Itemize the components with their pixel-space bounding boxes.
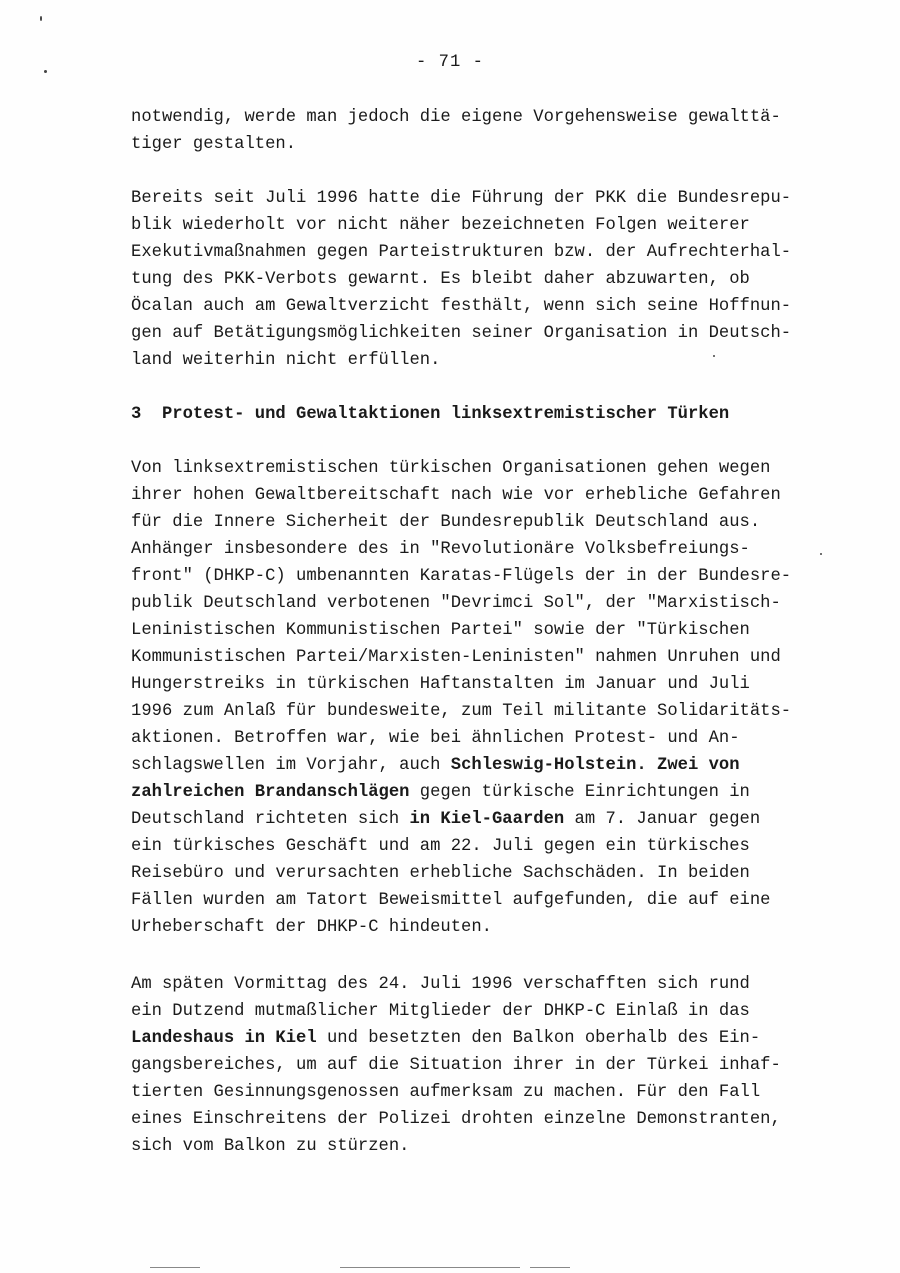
bold-text: Schleswig-Holstein. Zwei von [451, 756, 740, 775]
text-segment: tung des PKK-Verbots gewarnt. Es bleibt … [131, 270, 750, 289]
text-line: Von linksextremistischen türkischen Orga… [131, 459, 770, 478]
text-segment: ein Dutzend mutmaßlicher Mitglieder der … [131, 1002, 750, 1021]
page-number: - 71 - [0, 53, 900, 72]
text-segment: land weiterhin nicht erfüllen. [131, 351, 440, 370]
text-line: Deutschland richteten sich in Kiel-Gaard… [131, 810, 760, 829]
text-line: ihrer hohen Gewaltbereitschaft nach wie … [131, 486, 781, 505]
scan-edge-line [340, 1267, 520, 1268]
text-segment: schlagswellen im Vorjahr, auch [131, 756, 451, 775]
document-page: - 71 - notwendig, werde man jedoch die e… [0, 0, 900, 1273]
text-line: Öcalan auch am Gewaltverzicht festhält, … [131, 297, 791, 316]
scan-edge-line [150, 1267, 200, 1268]
text-line: blik wiederholt vor nicht näher bezeichn… [131, 216, 750, 235]
text-segment: Hungerstreiks in türkischen Haftanstalte… [131, 675, 750, 694]
text-segment: Reisebüro und verursachten erhebliche Sa… [131, 864, 750, 883]
text-segment: Kommunistischen Partei/Marxisten-Leninis… [131, 648, 781, 667]
text-segment: Fällen wurden am Tatort Beweismittel auf… [131, 891, 770, 910]
text-segment: front" (DHKP-C) umbenannten Karatas-Flüg… [131, 567, 791, 586]
scan-speck [44, 70, 47, 73]
text-segment: notwendig, werde man jedoch die eigene V… [131, 108, 781, 127]
text-line: aktionen. Betroffen war, wie bei ähnlich… [131, 729, 740, 748]
text-line: Landeshaus in Kiel und besetzten den Bal… [131, 1029, 760, 1048]
text-segment: für die Innere Sicherheit der Bundesrepu… [131, 513, 760, 532]
text-segment: eines Einschreitens der Polizei drohten … [131, 1110, 781, 1129]
text-segment: gegen türkische Einrichtungen in [409, 783, 749, 802]
text-line: gangsbereiches, um auf die Situation ihr… [131, 1056, 781, 1075]
text-segment: Anhänger insbesondere des in "Revolution… [131, 540, 750, 559]
bold-text: zahlreichen Brandanschlägen [131, 783, 409, 802]
text-line: land weiterhin nicht erfüllen. [131, 351, 440, 370]
text-line: Reisebüro und verursachten erhebliche Sa… [131, 864, 750, 883]
text-line: 1996 zum Anlaß für bundesweite, zum Teil… [131, 702, 791, 721]
text-segment: blik wiederholt vor nicht näher bezeichn… [131, 216, 750, 235]
text-segment: publik Deutschland verbotenen "Devrimci … [131, 594, 781, 613]
text-segment: tiger gestalten. [131, 135, 296, 154]
text-segment: ein türkisches Geschäft und am 22. Juli … [131, 837, 750, 856]
text-segment: sich vom Balkon zu stürzen. [131, 1137, 409, 1156]
text-segment: Öcalan auch am Gewaltverzicht festhält, … [131, 297, 791, 316]
text-line: Leninistischen Kommunistischen Partei" s… [131, 621, 750, 640]
text-segment: gangsbereiches, um auf die Situation ihr… [131, 1056, 781, 1075]
text-line: Fällen wurden am Tatort Beweismittel auf… [131, 891, 770, 910]
text-line: ein Dutzend mutmaßlicher Mitglieder der … [131, 1002, 750, 1021]
text-line: eines Einschreitens der Polizei drohten … [131, 1110, 781, 1129]
text-line: tung des PKK-Verbots gewarnt. Es bleibt … [131, 270, 750, 289]
text-line: Exekutivmaßnahmen gegen Parteistrukturen… [131, 243, 791, 262]
text-line: ein türkisches Geschäft und am 22. Juli … [131, 837, 750, 856]
text-line: Anhänger insbesondere des in "Revolution… [131, 540, 750, 559]
text-segment: gen auf Betätigungsmöglichkeiten seiner … [131, 324, 791, 343]
text-line: Hungerstreiks in türkischen Haftanstalte… [131, 675, 750, 694]
text-line: publik Deutschland verbotenen "Devrimci … [131, 594, 781, 613]
text-line: sich vom Balkon zu stürzen. [131, 1137, 409, 1156]
text-line: zahlreichen Brandanschlägen gegen türkis… [131, 783, 750, 802]
text-line: Urheberschaft der DHKP-C hindeuten. [131, 918, 492, 937]
bold-text: in Kiel-Gaarden [409, 810, 564, 829]
text-segment: Urheberschaft der DHKP-C hindeuten. [131, 918, 492, 937]
text-segment: 1996 zum Anlaß für bundesweite, zum Teil… [131, 702, 791, 721]
scan-speck [713, 355, 715, 357]
text-line: Bereits seit Juli 1996 hatte die Führung… [131, 189, 791, 208]
text-segment: aktionen. Betroffen war, wie bei ähnlich… [131, 729, 740, 748]
scan-edge-line [530, 1267, 570, 1268]
text-line: schlagswellen im Vorjahr, auch Schleswig… [131, 756, 740, 775]
bold-text: Landeshaus in Kiel [131, 1029, 317, 1048]
text-segment: und besetzten den Balkon oberhalb des Ei… [317, 1029, 761, 1048]
text-line: notwendig, werde man jedoch die eigene V… [131, 108, 781, 127]
text-segment: Leninistischen Kommunistischen Partei" s… [131, 621, 750, 640]
bold-text: 3 Protest- und Gewaltaktionen linksextre… [131, 405, 729, 424]
text-segment: am 7. Januar gegen [564, 810, 760, 829]
text-line: Am späten Vormittag des 24. Juli 1996 ve… [131, 975, 750, 994]
text-segment: Von linksextremistischen türkischen Orga… [131, 459, 770, 478]
text-line: front" (DHKP-C) umbenannten Karatas-Flüg… [131, 567, 791, 586]
text-line: tiger gestalten. [131, 135, 296, 154]
text-segment: Deutschland richteten sich [131, 810, 409, 829]
text-segment: Exekutivmaßnahmen gegen Parteistrukturen… [131, 243, 791, 262]
scan-speck [820, 553, 822, 555]
text-segment: Bereits seit Juli 1996 hatte die Führung… [131, 189, 791, 208]
text-segment: tierten Gesinnungsgenossen aufmerksam zu… [131, 1083, 760, 1102]
text-segment: ihrer hohen Gewaltbereitschaft nach wie … [131, 486, 781, 505]
text-line: Kommunistischen Partei/Marxisten-Leninis… [131, 648, 781, 667]
text-segment: Am späten Vormittag des 24. Juli 1996 ve… [131, 975, 750, 994]
text-line: für die Innere Sicherheit der Bundesrepu… [131, 513, 760, 532]
text-line: gen auf Betätigungsmöglichkeiten seiner … [131, 324, 791, 343]
text-line: 3 Protest- und Gewaltaktionen linksextre… [131, 405, 729, 424]
scan-speck [40, 16, 42, 21]
text-line: tierten Gesinnungsgenossen aufmerksam zu… [131, 1083, 760, 1102]
